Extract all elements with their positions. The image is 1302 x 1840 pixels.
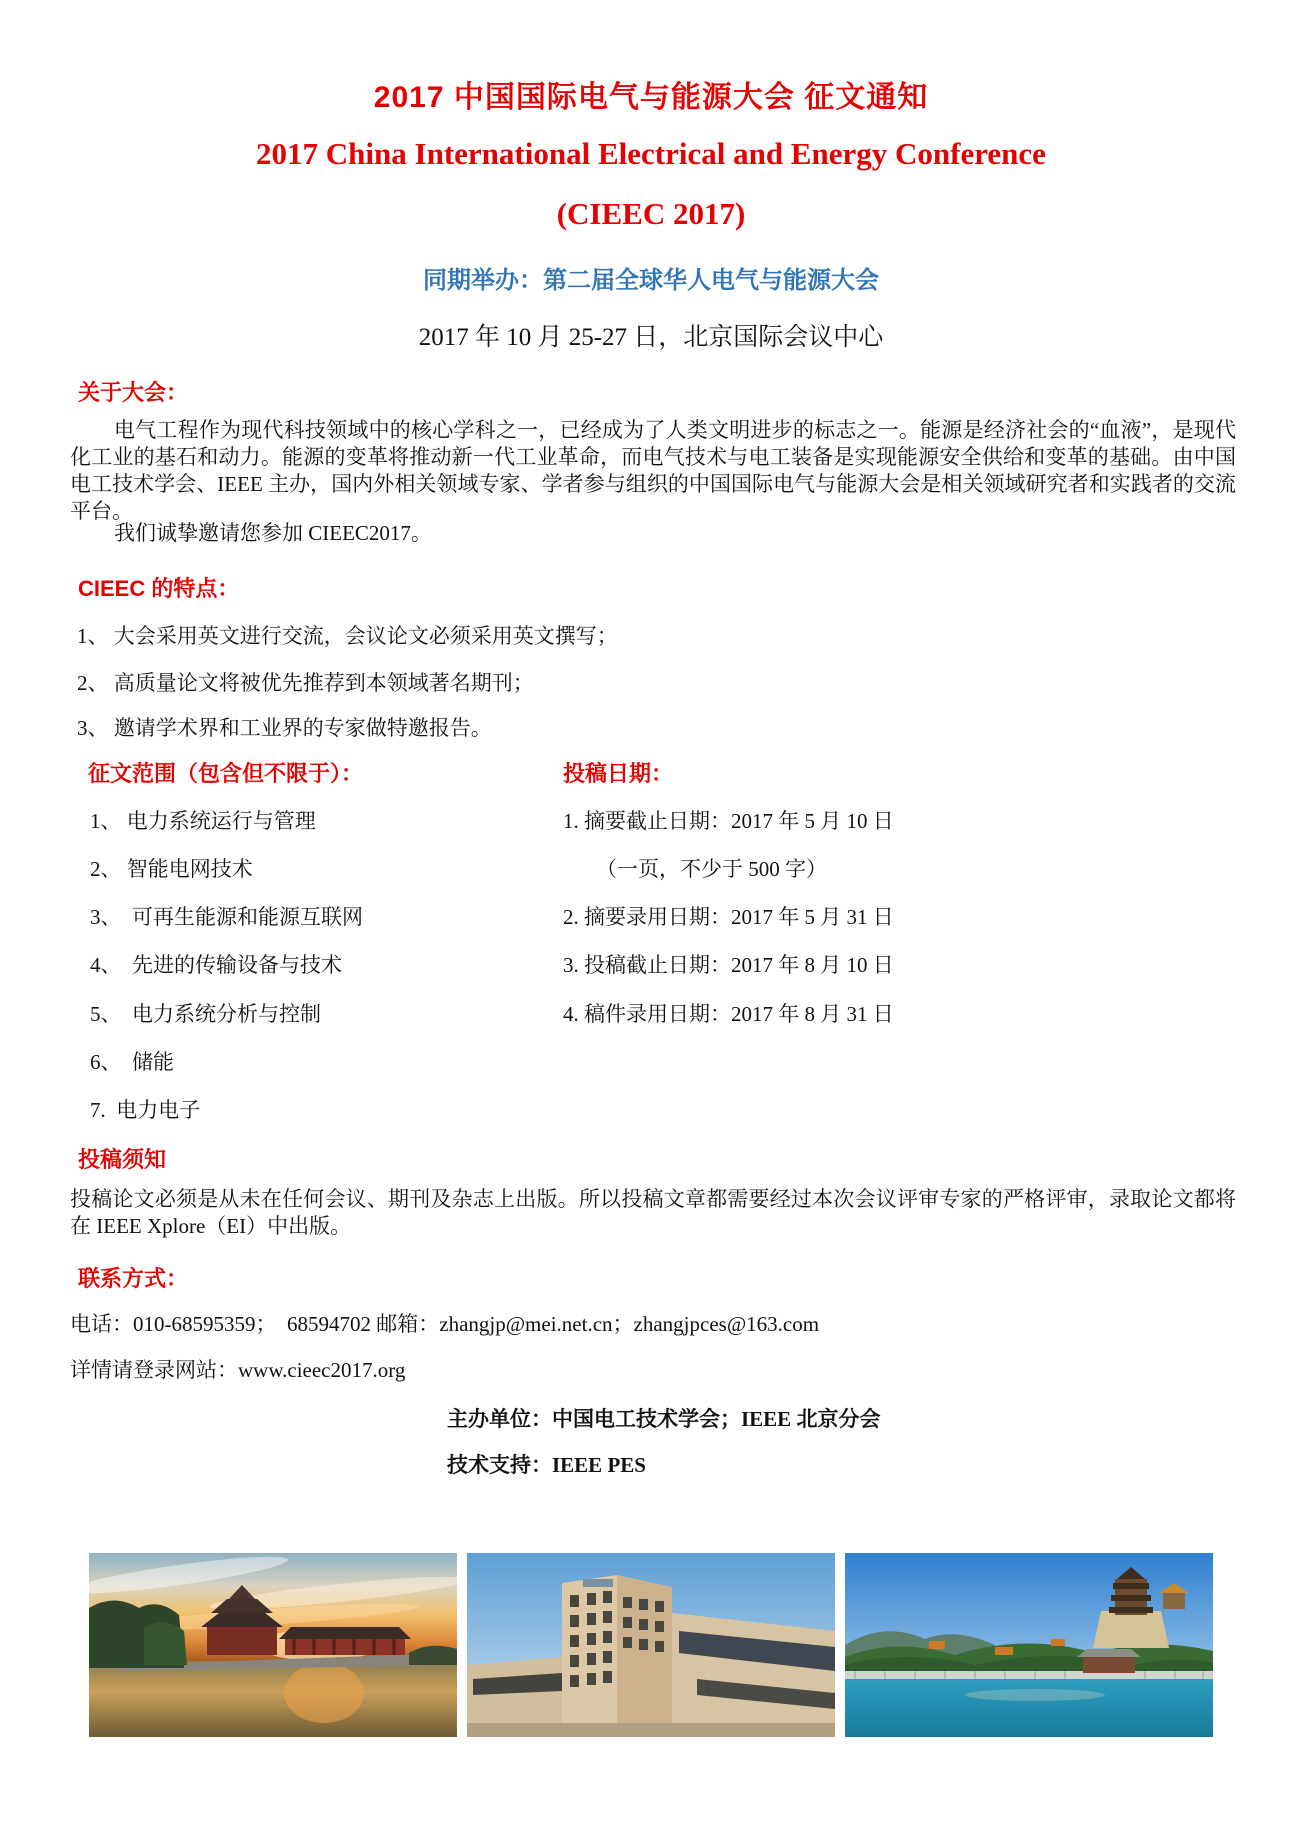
- scope-heading: 征文范围（包含但不限于）：: [88, 757, 363, 788]
- scope-item: 3、 可再生能源和能源互联网: [90, 901, 363, 931]
- scope-item: 6、 储能: [90, 1046, 174, 1076]
- contact-heading: 联系方式：: [78, 1262, 188, 1293]
- date-item: 3. 投稿截止日期：2017 年 8 月 10 日: [563, 949, 894, 979]
- features-heading: CIEEC 的特点：: [78, 572, 239, 603]
- call-for-papers-document: 2017 中国国际电气与能源大会 征文通知 2017 China Interna…: [0, 0, 1302, 1840]
- scope-item: 7. 电力电子: [90, 1094, 200, 1124]
- dates-heading: 投稿日期：: [563, 757, 673, 788]
- date-item: 1. 摘要截止日期：2017 年 5 月 10 日: [563, 805, 894, 835]
- scope-item: 2、 智能电网技术: [90, 853, 253, 883]
- host-organizer-line: 主办单位：中国电工技术学会；IEEE 北京分会: [447, 1403, 880, 1433]
- date-venue-line: 2017 年 10 月 25-27 日，北京国际会议中心: [0, 317, 1302, 353]
- about-paragraph: 电气工程作为现代科技领域中的核心学科之一，已经成为了人类文明进步的标志之一。能源…: [70, 417, 1236, 525]
- forbidden-city-sunset-photo: [89, 1553, 457, 1737]
- co-located-subtitle: 同期举办：第二届全球华人电气与能源大会: [0, 260, 1302, 295]
- about-heading: 关于大会：: [78, 376, 188, 407]
- forbidden-city-sunset-illustration: [89, 1553, 457, 1737]
- date-item-note: （一页，不少于 500 字）: [596, 853, 827, 883]
- invitation-line: 我们诚挚邀请您参加 CIEEC2017。: [114, 517, 432, 547]
- summer-palace-lake-photo: [845, 1553, 1213, 1737]
- submission-paragraph: 投稿论文必须是从未在任何会议、期刊及杂志上出版。所以投稿文章都需要经过本次会议评…: [70, 1186, 1236, 1240]
- feature-item: 3、 邀请学术界和工业界的专家做特邀报告。: [77, 712, 492, 742]
- page-title-abbr: (CIEEC 2017): [0, 196, 1302, 232]
- page-title-en: 2017 China International Electrical and …: [0, 136, 1302, 172]
- date-item: 2. 摘要录用日期：2017 年 5 月 31 日: [563, 901, 894, 931]
- summer-palace-illustration: [845, 1553, 1213, 1737]
- feature-item: 2、 高质量论文将被优先推荐到本领域著名期刊；: [77, 667, 534, 697]
- contact-phone-email-line: 电话：010-68595359； 68594702 邮箱：zhangjp@mei…: [70, 1308, 819, 1338]
- scope-item: 1、 电力系统运行与管理: [90, 805, 316, 835]
- technical-support-line: 技术支持：IEEE PES: [447, 1449, 646, 1479]
- convention-center-illustration: [467, 1553, 835, 1737]
- beijing-convention-center-photo: [467, 1553, 835, 1737]
- scope-item: 5、 电力系统分析与控制: [90, 998, 321, 1028]
- date-item: 4. 稿件录用日期：2017 年 8 月 31 日: [563, 998, 894, 1028]
- contact-website-line: 详情请登录网站：www.cieec2017.org: [70, 1354, 405, 1384]
- scope-item: 4、 先进的传输设备与技术: [90, 949, 342, 979]
- page-title-cn: 2017 中国国际电气与能源大会 征文通知: [0, 72, 1302, 116]
- submission-heading: 投稿须知: [78, 1143, 166, 1174]
- feature-item: 1、 大会采用英文进行交流，会议论文必须采用英文撰写；: [77, 620, 618, 650]
